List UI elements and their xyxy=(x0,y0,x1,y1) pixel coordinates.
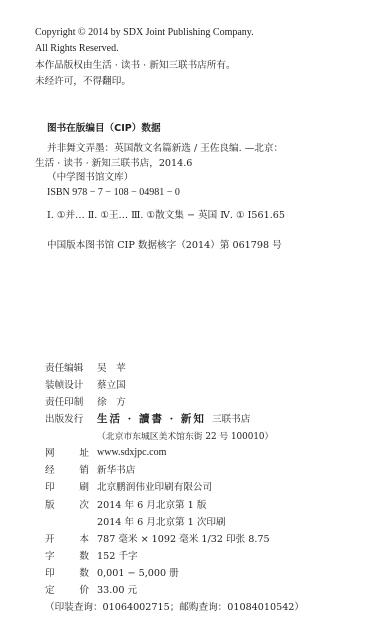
detail-label: 数 xyxy=(79,565,89,579)
publisher-row: 出版发行 生活 · 讀書 · 新知 三联书店 xyxy=(45,410,250,426)
credit-label: 装帧设计 xyxy=(45,377,97,391)
detail-label: 开 xyxy=(45,531,55,545)
cip-classification: Ⅰ. ①并… Ⅱ. ①王… Ⅲ. ①散文集 − 英国 Ⅳ. ① I561.65 xyxy=(47,210,285,222)
detail-row: 2014 年 6 月北京第 1 次印刷 xyxy=(45,513,226,529)
cip-series: （中学图书馆文库） xyxy=(47,172,133,184)
detail-row: 字数 152 千字 xyxy=(45,547,138,563)
credit-label: 责任编辑 xyxy=(45,360,97,374)
credit-row: 责任印制 徐 方 xyxy=(45,393,126,409)
detail-label: 版 xyxy=(45,497,55,511)
credit-value: 徐 方 xyxy=(97,394,126,408)
detail-label: 数 xyxy=(79,548,89,562)
detail-label: 印 xyxy=(45,479,55,493)
cip-isbn: ISBN 978 − 7 − 108 − 04981 − 0 xyxy=(47,187,180,199)
inquiry-footer: （印装查询：01064002715；邮购查询：01084010542） xyxy=(45,598,304,614)
copyright-line: Copyright © 2014 by SDX Joint Publishing… xyxy=(35,27,254,39)
credit-label: 责任印制 xyxy=(45,394,97,408)
credit-row: 责任编辑 吴 苹 xyxy=(45,359,126,375)
detail-row: 定价 33.00 元 xyxy=(45,581,137,597)
detail-label: 经 xyxy=(45,462,55,476)
address-text: （北京市东城区美术馆东街 22 号 100010） xyxy=(97,429,273,442)
copyright-owner: 本作品版权由生活 · 读书 · 新知三联书店所有。 xyxy=(35,60,236,72)
detail-row: 印刷 北京鹏润伟业印刷有限公司 xyxy=(45,478,212,494)
detail-row: 版次 2014 年 6 月北京第 1 版 xyxy=(45,496,206,512)
publisher-label: 出版发行 xyxy=(45,411,97,425)
detail-value: 2014 年 6 月北京第 1 次印刷 xyxy=(97,514,226,528)
cip-line-2: 生活 · 读书 · 新知三联书店，2014.6 xyxy=(35,158,192,170)
detail-label: 定 xyxy=(45,582,55,596)
detail-value: 787 毫米 × 1092 毫米 1/32 印张 8.75 xyxy=(97,531,270,545)
publisher-name: 三联书店 xyxy=(212,411,250,425)
detail-label: 销 xyxy=(79,462,89,476)
detail-label: 印 xyxy=(45,565,55,579)
website-link[interactable]: www.sdxjpc.com xyxy=(97,447,166,458)
detail-row: 开本 787 毫米 × 1092 毫米 1/32 印张 8.75 xyxy=(45,530,270,546)
detail-label: 本 xyxy=(79,531,89,545)
publisher-logo-text: 生活 · 讀書 · 新知 xyxy=(97,411,206,426)
inquiry-text: （印装查询：01064002715；邮购查询：01084010542） xyxy=(45,599,304,613)
reprint-notice: 未经许可，不得翻印。 xyxy=(35,76,131,88)
cip-number: 中国版本图书馆 CIP 数据核字（2014）第 061798 号 xyxy=(47,240,282,252)
detail-value: 152 千字 xyxy=(97,548,138,562)
detail-value: 33.00 元 xyxy=(97,582,137,596)
detail-label: 址 xyxy=(79,445,89,459)
detail-label: 字 xyxy=(45,548,55,562)
credit-row: 装帧设计 蔡立国 xyxy=(45,376,126,392)
detail-value: 2014 年 6 月北京第 1 版 xyxy=(97,497,206,511)
detail-label: 价 xyxy=(79,582,89,596)
credit-value: 蔡立国 xyxy=(97,377,126,391)
cip-line-1: 并非舞文弄墨：英国散文名篇新选 / 王佐良编. —北京： xyxy=(47,143,283,155)
detail-label: 网 xyxy=(45,445,55,459)
detail-row: 印数 0,001 − 5,000 册 xyxy=(45,564,179,580)
detail-label: 刷 xyxy=(79,479,89,493)
credit-value: 吴 苹 xyxy=(97,360,126,374)
detail-value: 北京鹏润伟业印刷有限公司 xyxy=(97,479,212,493)
detail-value: 新华书店 xyxy=(97,462,135,476)
detail-value: 0,001 − 5,000 册 xyxy=(97,565,179,579)
detail-label: 次 xyxy=(79,497,89,511)
detail-row: 网址 www.sdxjpc.com xyxy=(45,444,166,460)
rights-reserved: All Rights Reserved. xyxy=(35,43,119,55)
detail-row: 经销 新华书店 xyxy=(45,461,135,477)
publisher-address: （北京市东城区美术馆东街 22 号 100010） xyxy=(97,427,273,443)
cip-title: 图书在版编目（CIP）数据 xyxy=(47,123,161,135)
